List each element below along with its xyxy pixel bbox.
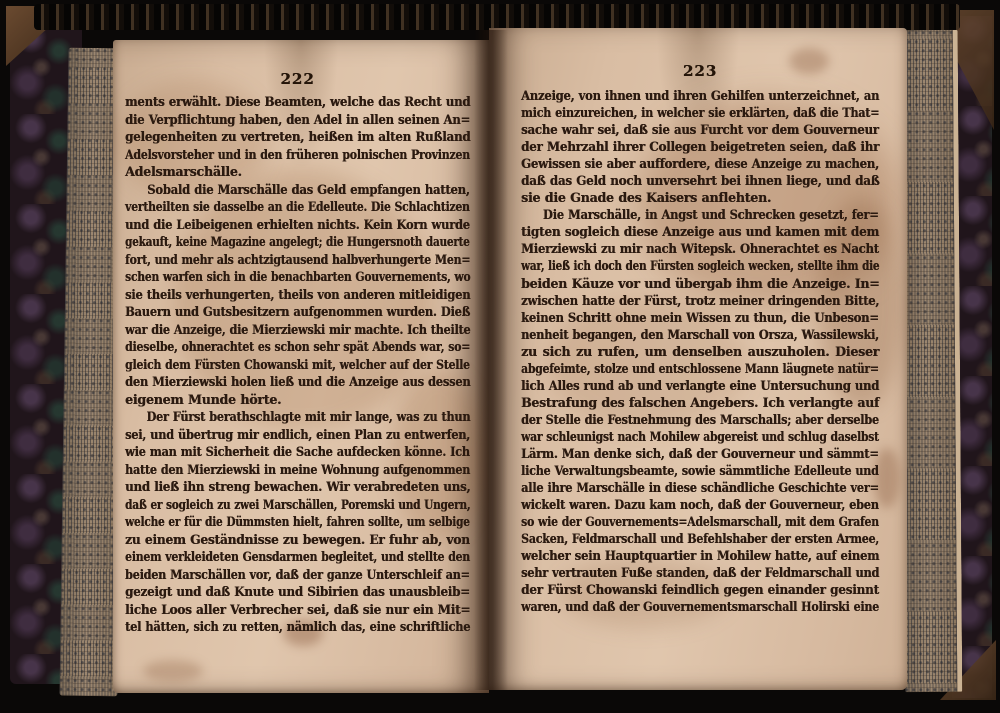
text-line: Lärm. Man denke sich, daß der Gouverneur… (521, 445, 847, 462)
text-line: welche er für die Dümmsten hielt, fahren… (125, 513, 415, 531)
text-line: gezeigt und daß Knute und Sibirien das u… (125, 583, 451, 601)
text-line: zu einem Geständnisse zu bewegen. Er fuh… (125, 531, 460, 549)
text-line: fort, und mehr als achtzigtausend halbve… (125, 251, 425, 269)
text-line: welcher sein Hauptquartier in Mohilew ha… (521, 547, 852, 564)
text-line: Anzeige, von ihnen und ihren Gehilfen un… (521, 87, 850, 104)
page-number-left: 222 (125, 70, 470, 88)
text-line: der Fürst Chowanski feindlich gegen eina… (521, 581, 864, 598)
text-line: waren, und daß der Gouvernementsmarschal… (521, 598, 836, 615)
page-number-right: 223 (521, 62, 879, 80)
text-line: sie theils verhungerten, theils von ande… (125, 286, 440, 304)
text-line: Mierziewski zu mir nach Witepsk. Ohnerac… (521, 240, 851, 257)
text-line: sache wahr sei, daß sie aus Furcht vor d… (521, 121, 856, 138)
text-line: Die Marschälle, in Angst und Schrecken g… (521, 206, 847, 223)
text-line: schen warfen sich in die benachbarten Go… (125, 268, 419, 286)
text-line: keinen Schritt ohne mein Wissen zu thun,… (521, 309, 850, 326)
text-line: hatte den Mierziewski in meine Wohnung a… (125, 461, 431, 479)
text-line: Der Fürst berathschlagte mit mir lange, … (125, 408, 433, 426)
text-line: der Mehrzahl ihrer Collegen beigetreten … (521, 138, 860, 155)
text-line: gekauft, keine Magazine angelegt; die Hu… (125, 233, 411, 251)
text-line: tigten sogleich diese Anzeige aus und ka… (521, 223, 866, 240)
text-line: tel hätten, sich zu retten, nämlich das,… (125, 618, 437, 636)
book-photo: 222 ments erwählt. Diese Beamten, welche… (0, 0, 1000, 713)
text-line: der Stelle die Festnehmung des Marschall… (521, 411, 842, 428)
text-line: und ließ ihn streng bewachen. Wir verabr… (125, 478, 450, 496)
text-line: Adelsvorsteher und in den früheren polni… (125, 146, 425, 164)
text-line: sie die Gnade des Kaisers anflehten. (521, 189, 879, 206)
text-line: die Verpflichtung haben, den Adel in all… (125, 111, 444, 129)
text-line: nenheit begangen, den Marschall von Orsz… (521, 326, 844, 343)
text-line: Adelsmarschälle. (125, 163, 470, 181)
text-line: beiden Käuze vor und übergab ihm die Anz… (521, 275, 878, 292)
text-line: liche Loos aller Verbrecher sei, daß sie… (125, 601, 456, 619)
text-line: war schleunigst nach Mohilew abgereist u… (521, 428, 827, 445)
text-line: abgefeimte, stolze und entschlossene Man… (521, 360, 828, 377)
text-block-left: ments erwählt. Diese Beamten, welche das… (125, 93, 470, 636)
text-line: dieselbe, ohnerachtet es schon sehr spät… (125, 338, 425, 356)
text-line: lich Alles rund ab und verlangte eine Un… (521, 377, 851, 394)
text-line: Bauern und Gutsbesitzern aufgenommen wur… (125, 303, 438, 321)
text-line: Gewissen sie aber auffordere, diese Anze… (521, 155, 854, 172)
text-line: sei, und übertrug mir endlich, einen Pla… (125, 426, 436, 444)
text-line: liche Verwaltungsbeamte, sowie sämmtlich… (521, 462, 838, 479)
text-line: mich einzureichen, in welcher sie erklär… (521, 104, 837, 121)
text-line: daß das Geld noch unversehrt bei ihnen l… (521, 172, 860, 189)
text-line: eigenem Munde hörte. (125, 391, 470, 409)
text-line: so wie der Gouvernements=Adelsmarschall,… (521, 513, 831, 530)
text-line: sehr vertrauten Fuße standen, daß der Fe… (521, 564, 843, 581)
text-line: Sobald die Marschälle das Geld empfangen… (125, 181, 442, 199)
text-line: wie man mit Sicherheit die Sache aufdeck… (125, 443, 435, 461)
text-line: Bestrafung des falschen Angebers. Ich ve… (521, 394, 876, 411)
text-line: gleich dem Fürsten Chowanski mit, welche… (125, 356, 423, 374)
text-line: zwischen hatte der Fürst, trotz meiner d… (521, 292, 850, 309)
page-left: 222 ments erwählt. Diese Beamten, welche… (113, 40, 489, 693)
text-line: ments erwählt. Diese Beamten, welche das… (125, 93, 448, 111)
text-line: den Mierziewski holen ließ und die Anzei… (125, 373, 439, 391)
book-top-edge (34, 4, 960, 30)
text-line: alle ihre Marschälle in diese schändlich… (521, 479, 843, 496)
text-line: Sacken, Feldmarschall und Befehlshaber d… (521, 530, 834, 547)
page-right: 223 Anzeige, von ihnen und ihren Gehilfe… (489, 28, 907, 690)
text-line: vertheilten sie dasselbe an die Edelleut… (125, 198, 421, 216)
text-line: wickelt waren. Dazu kam noch, daß der Go… (521, 496, 843, 513)
text-line: war die Anzeige, die Mierziewski mir mac… (125, 321, 432, 339)
text-line: daß er sogleich zu zwei Marschällen, Por… (125, 496, 413, 514)
text-block-right: Anzeige, von ihnen und ihren Gehilfen un… (521, 87, 879, 615)
text-line: beiden Marschällen vor, daß der ganze Un… (125, 566, 432, 584)
text-line: einem verkleideten Gensdarmen begleitet,… (125, 548, 423, 566)
text-line: gelegenheiten zu vertreten, heißen im al… (125, 128, 451, 146)
page-block-edge-right (901, 30, 963, 692)
text-line: zu sich zu rufen, um denselben auszuhole… (521, 343, 879, 360)
text-line: und die Leibeigenen erhielten nichts. Ke… (125, 216, 439, 234)
foxing-stain (143, 660, 203, 682)
text-line: war, ließ ich doch den Fürsten sogleich … (521, 257, 817, 274)
